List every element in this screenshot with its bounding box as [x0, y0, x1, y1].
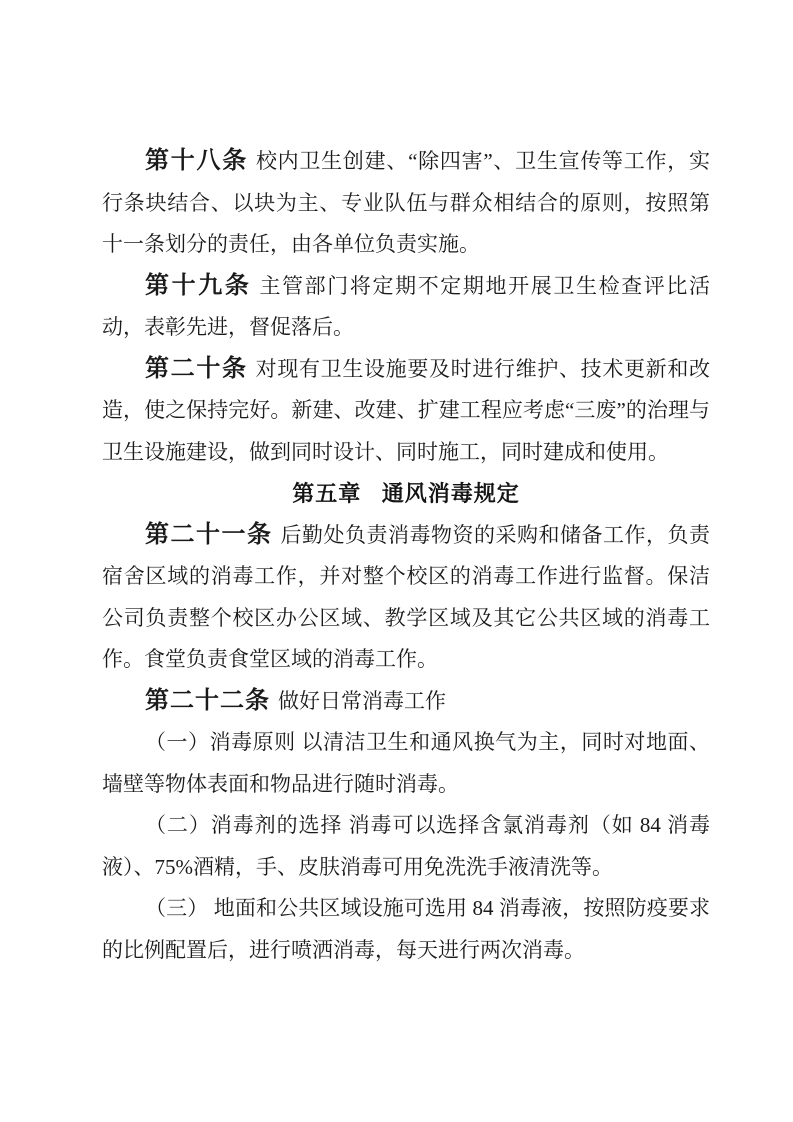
article-paragraph-19: 第十九条主管部门将定期不定期地开展卫生检查评比活动，表彰先进，督促落后。 [102, 266, 710, 349]
article-number: 第二十条 [145, 356, 248, 382]
article-number: 第二十一条 [145, 522, 273, 548]
clause-paragraph-2: （二）消毒剂的选择 消毒可以选择含氯消毒剂（如 84 消毒液）、75%酒精，手、… [102, 805, 710, 888]
clause-paragraph-3: （三） 地面和公共区域设施可选用 84 消毒液，按照防疫要求的比例配置后，进行喷… [102, 888, 710, 971]
document-page: 第十八条校内卫生创建、“除四害”、卫生宣传等工作，实行条块结合、以块为主、专业队… [0, 0, 793, 1122]
article-number: 第二十二条 [145, 688, 270, 714]
article-number: 第十九条 [145, 273, 251, 299]
clause-text: （二）消毒剂的选择 消毒可以选择含氯消毒剂（如 84 消毒液）、75%酒精，手、… [102, 813, 710, 879]
article-paragraph-21: 第二十一条后勤处负责消毒物资的采购和储备工作，负责宿舍区域的消毒工作，并对整个校… [102, 515, 710, 681]
clause-paragraph-1: （一）消毒原则 以清洁卫生和通风换气为主，同时对地面、墙壁等物体表面和物品进行随… [102, 722, 710, 805]
page-text-block: 第十八条校内卫生创建、“除四害”、卫生宣传等工作，实行条块结合、以块为主、专业队… [102, 141, 710, 971]
clause-text: （一）消毒原则 以清洁卫生和通风换气为主，同时对地面、墙壁等物体表面和物品进行随… [102, 730, 710, 796]
chapter-heading: 第五章 通风消毒规定 [102, 473, 710, 515]
article-paragraph-20: 第二十条对现有卫生设施要及时进行维护、技术更新和改造，使之保持完好。新建、改建、… [102, 349, 710, 474]
article-text: 做好日常消毒工作 [278, 689, 446, 713]
article-paragraph-18: 第十八条校内卫生创建、“除四害”、卫生宣传等工作，实行条块结合、以块为主、专业队… [102, 141, 710, 266]
article-number: 第十八条 [145, 148, 248, 174]
clause-text: （三） 地面和公共区域设施可选用 84 消毒液，按照防疫要求的比例配置后，进行喷… [102, 896, 710, 962]
article-paragraph-22: 第二十二条做好日常消毒工作 [102, 681, 710, 723]
